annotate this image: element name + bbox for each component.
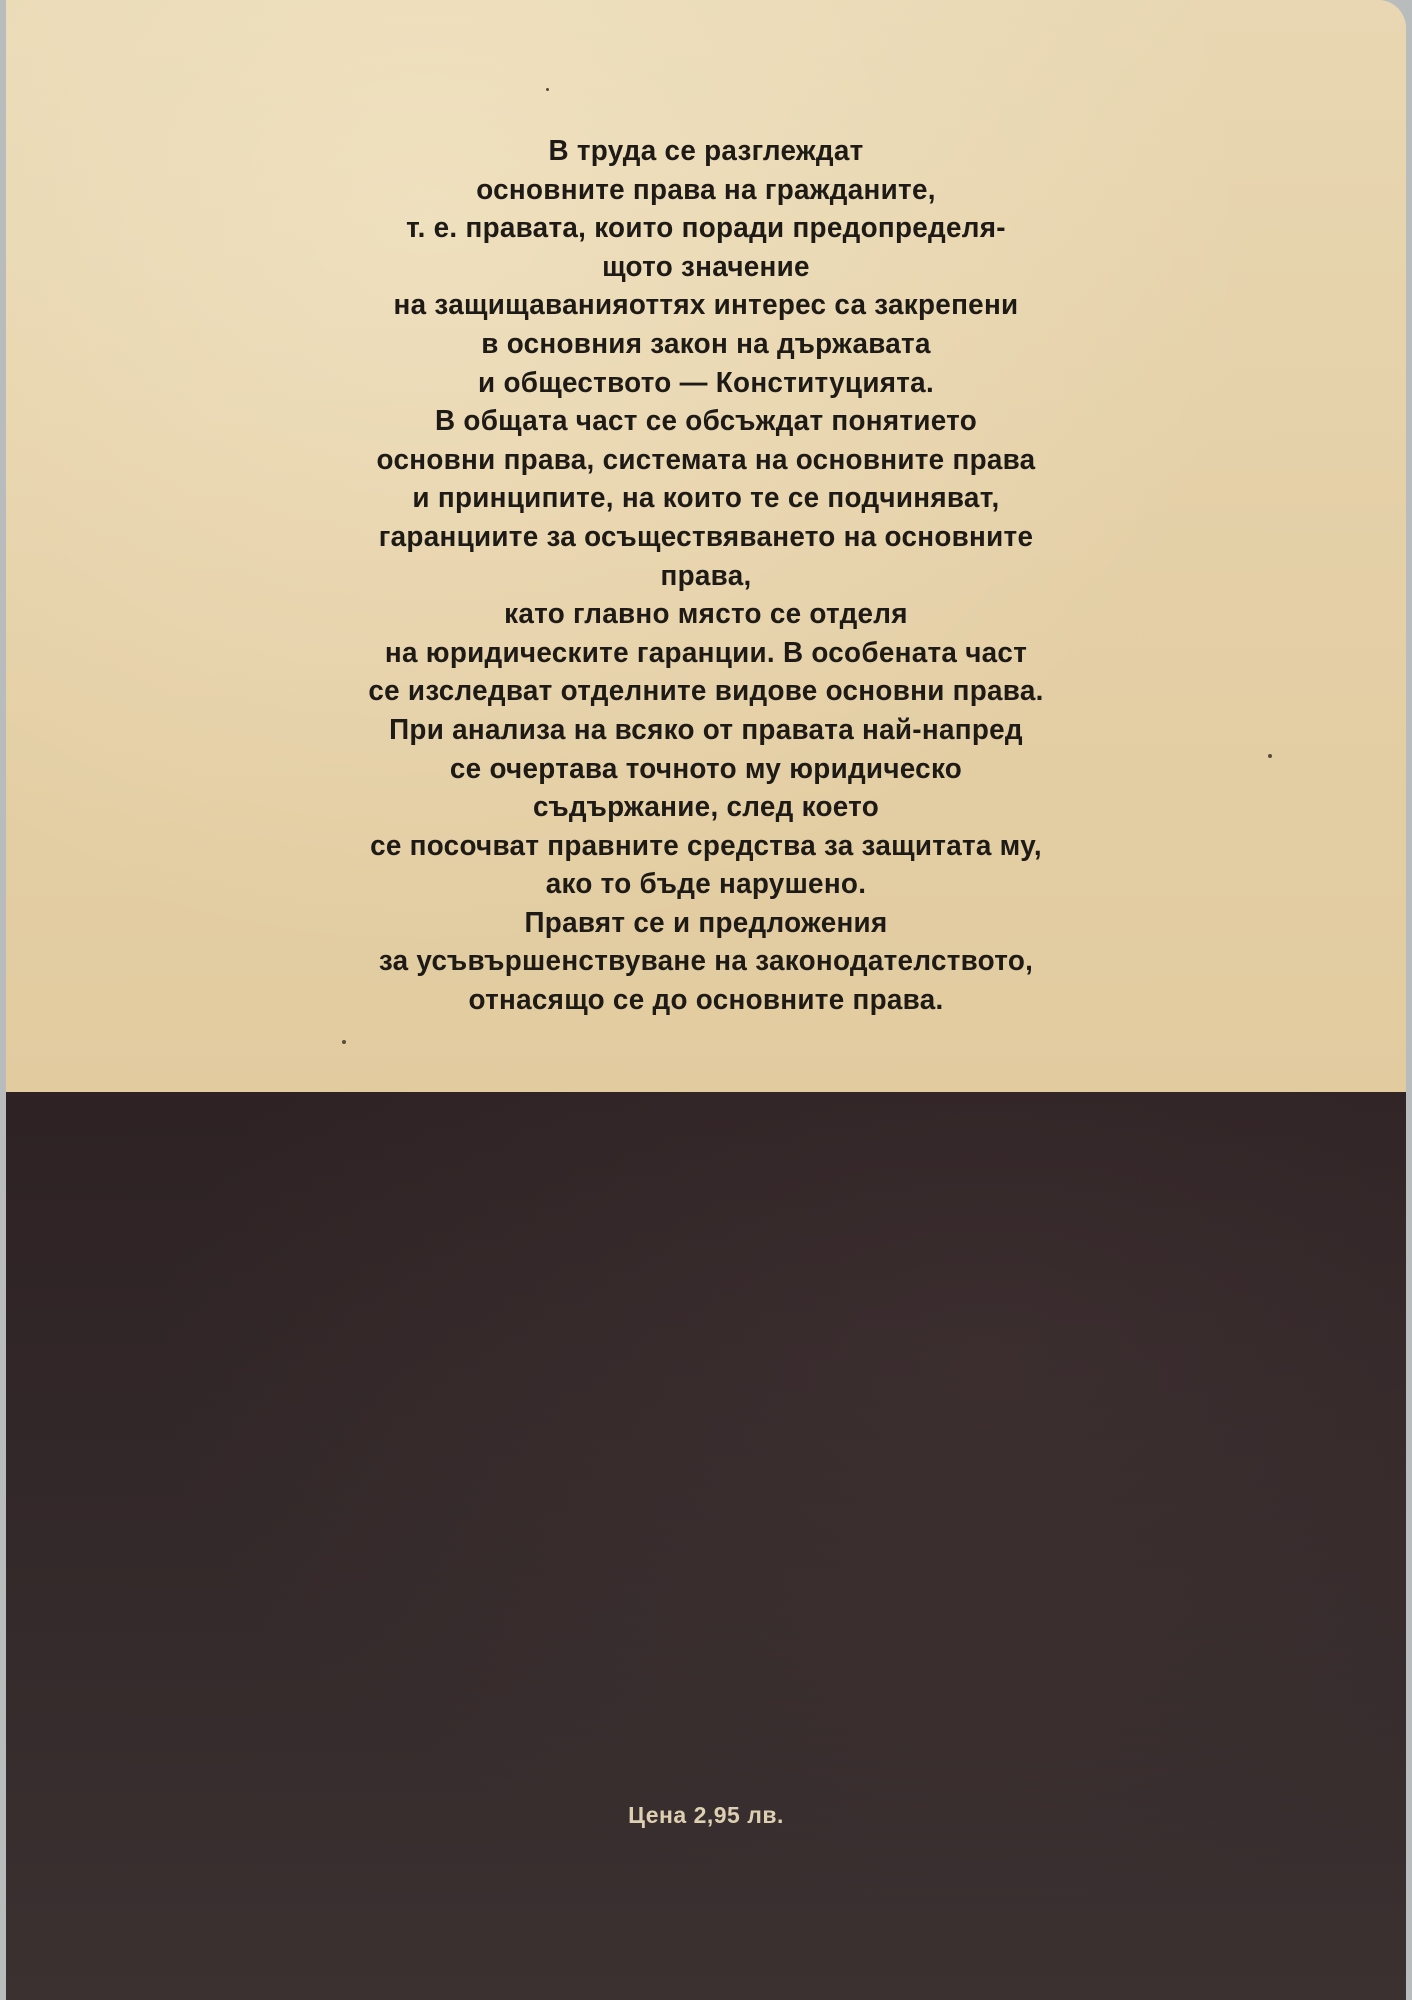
print-speck bbox=[342, 1040, 346, 1044]
annotation-line: основните права на гражданите, bbox=[34, 171, 1378, 210]
annotation-line: като главно място се отделя bbox=[34, 595, 1378, 634]
annotation-line: за усъвършенствуване на законодателствот… bbox=[34, 942, 1378, 981]
annotation-line: се изследват отделните видове основни пр… bbox=[34, 672, 1378, 711]
annotation-line: права, bbox=[34, 557, 1378, 596]
annotation-line: гаранциите за осъществяването на основни… bbox=[34, 518, 1378, 557]
annotation-line: и принципите, на които те се подчиняват, bbox=[34, 479, 1378, 518]
annotation-line: Правят се и предложения bbox=[34, 904, 1378, 943]
annotation-line: в основния закон на държавата bbox=[34, 325, 1378, 364]
print-speck bbox=[1268, 754, 1272, 758]
annotation-line: се очертава точното му юридическо bbox=[34, 750, 1378, 789]
annotation-line: В общата част се обсъждат понятието bbox=[34, 402, 1378, 441]
book-back-cover: В труда се разглеждат основните права на… bbox=[6, 0, 1406, 2000]
annotation-line: съдържание, след което bbox=[34, 788, 1378, 827]
annotation-line: на юридическите гаранции. В особената ча… bbox=[34, 634, 1378, 673]
book-annotation: В труда се разглеждат основните права на… bbox=[34, 132, 1378, 1020]
annotation-line: на защищаванияоттях интерес са закрепени bbox=[34, 286, 1378, 325]
annotation-line: При анализа на всяко от правата най-напр… bbox=[34, 711, 1378, 750]
price-label: Цена 2,95 лв. bbox=[6, 1802, 1406, 1829]
annotation-line: В труда се разглеждат bbox=[34, 132, 1378, 171]
annotation-line: т. е. правата, които поради предопределя… bbox=[34, 209, 1378, 248]
annotation-line: щото значение bbox=[34, 248, 1378, 287]
annotation-line: се посочват правните средства за защитат… bbox=[34, 827, 1378, 866]
dark-panel: Цена 2,95 лв. bbox=[6, 1092, 1406, 2000]
annotation-line: и обществото — Конституцията. bbox=[34, 364, 1378, 403]
annotation-line: отнасящо се до основните права. bbox=[34, 981, 1378, 1020]
annotation-line: ако то бъде нарушено. bbox=[34, 865, 1378, 904]
annotation-line: основни права, системата на основните пр… bbox=[34, 441, 1378, 480]
print-speck bbox=[546, 88, 549, 91]
annotation-panel: В труда се разглеждат основните права на… bbox=[6, 0, 1406, 1092]
